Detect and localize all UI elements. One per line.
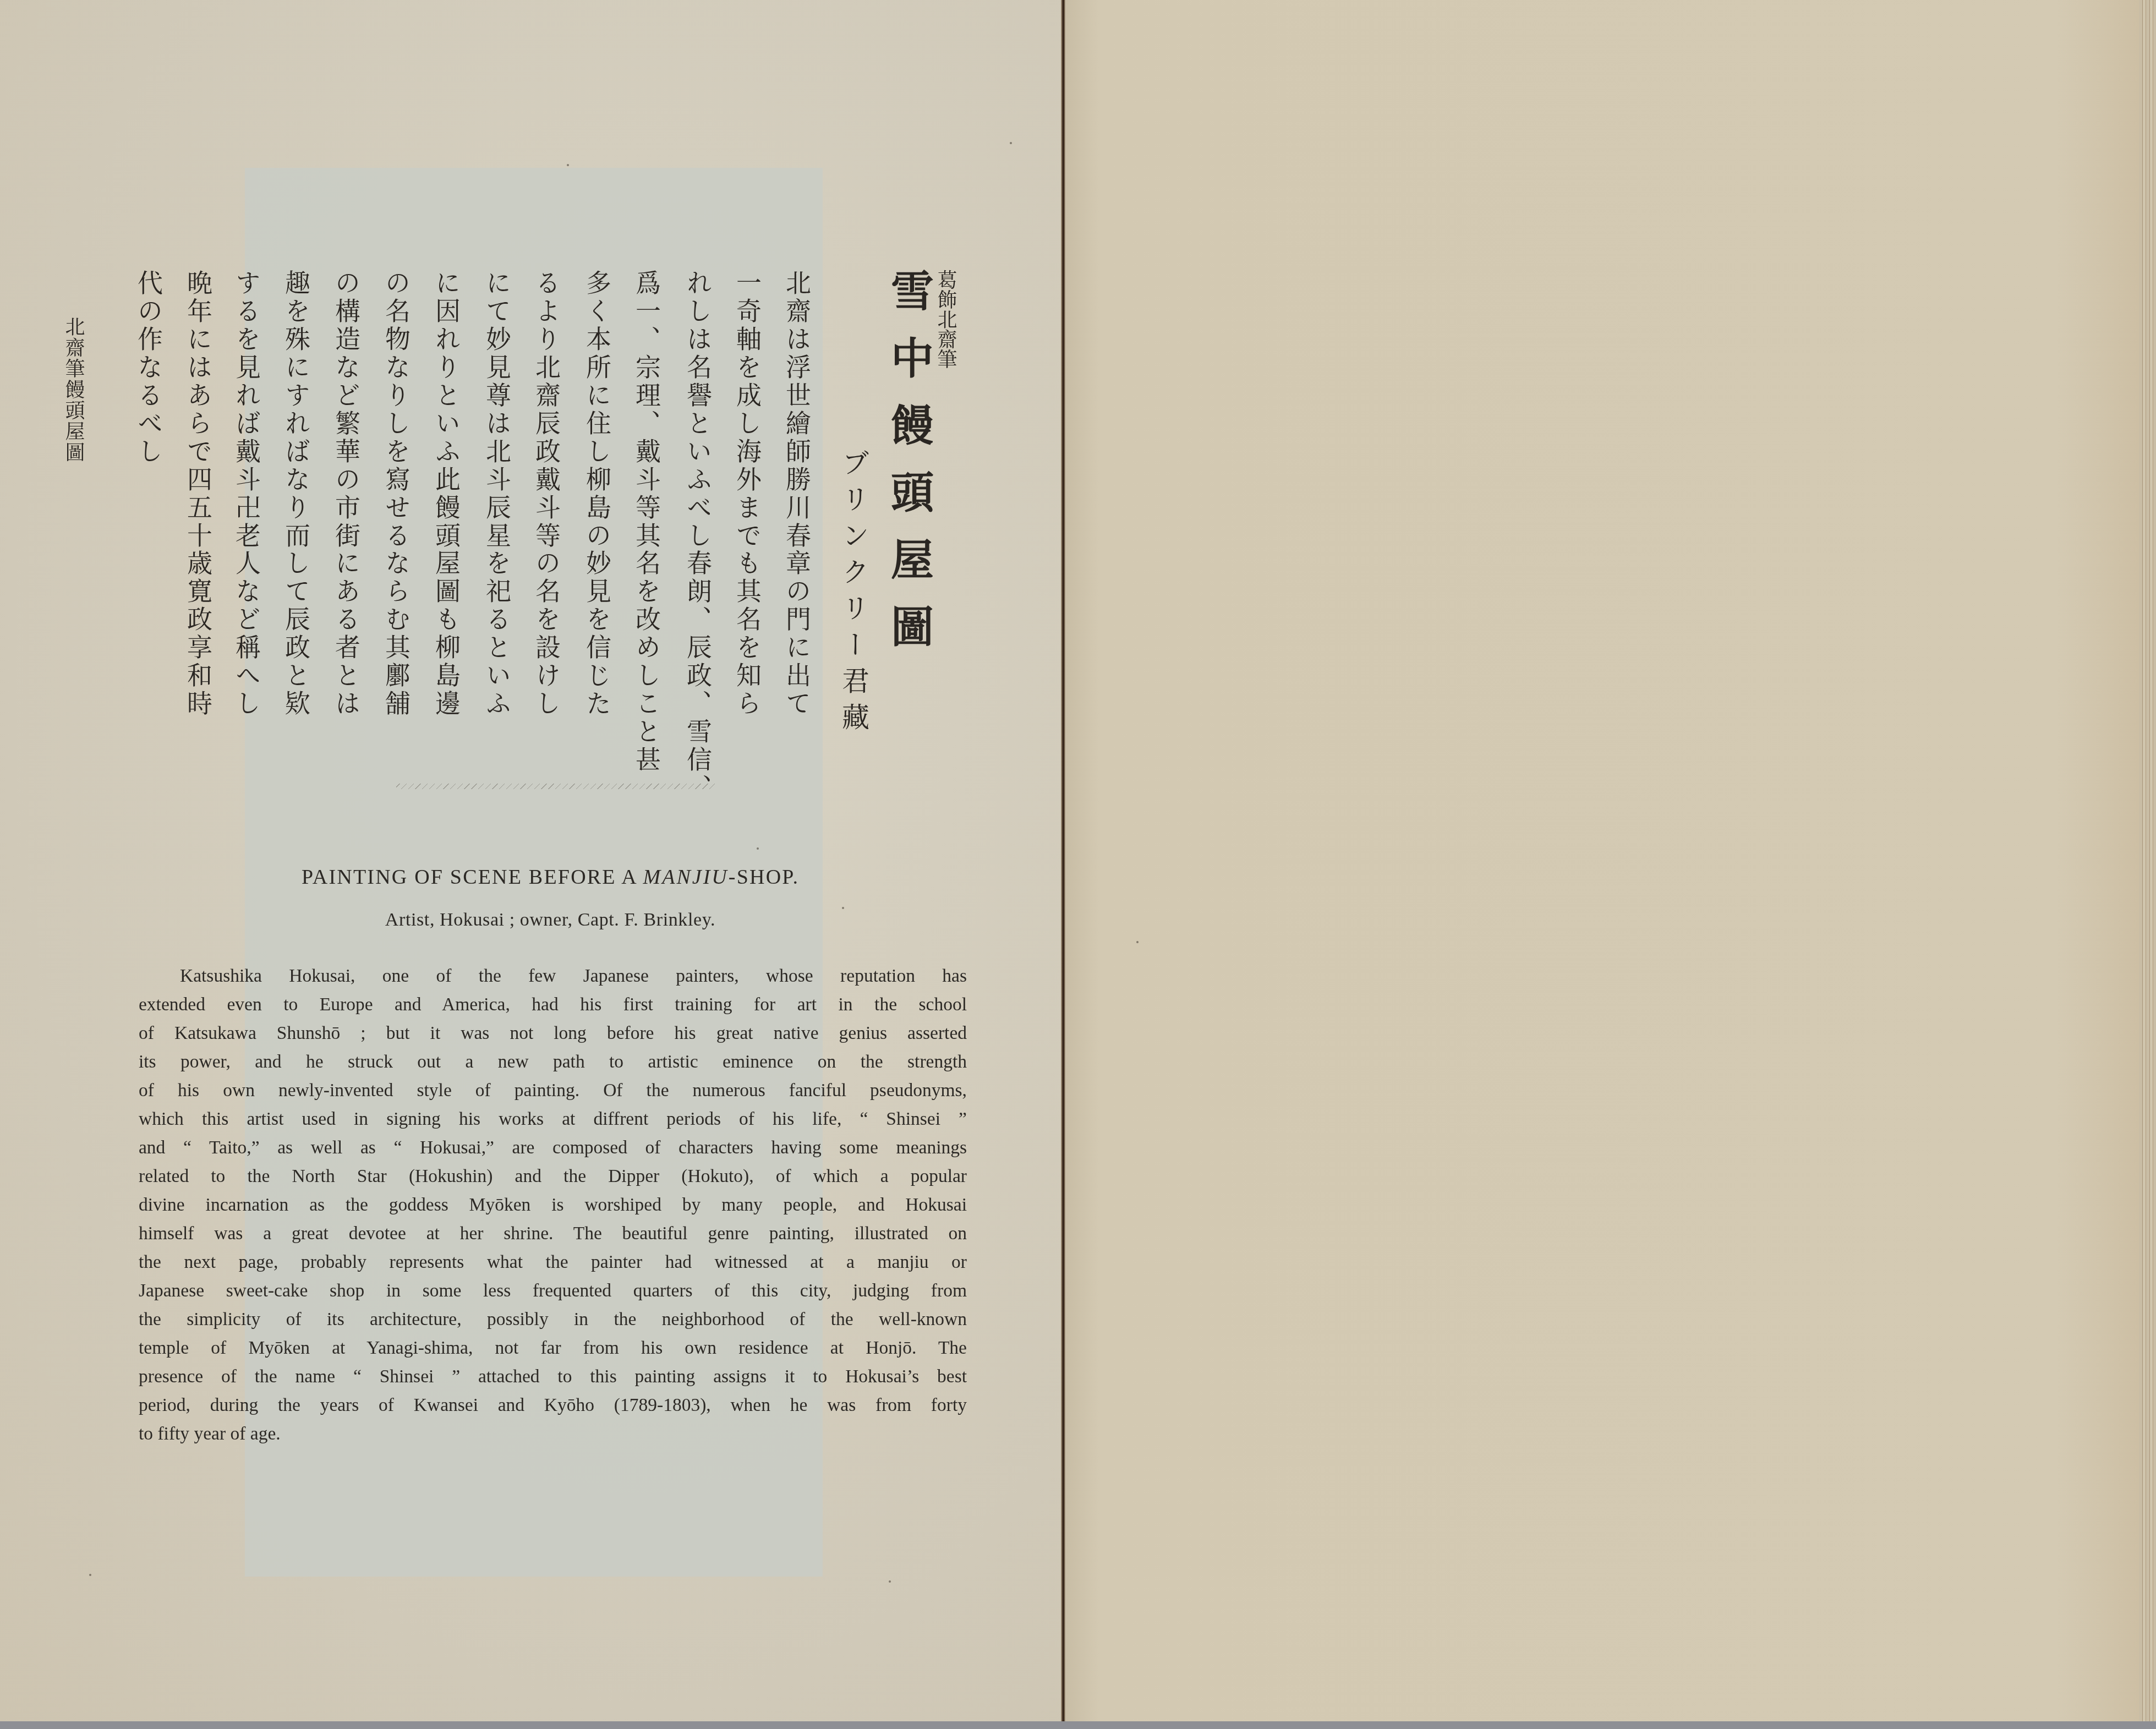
paragraph-line: presence of the name “ Shinsei ” attache…	[139, 1363, 967, 1391]
paper-speck	[1136, 941, 1139, 943]
wavy-divider	[396, 784, 715, 789]
right-page	[1066, 0, 2139, 1721]
paragraph-line: of Katsukawa Shunshō ; but it was not lo…	[139, 1019, 967, 1048]
paragraph-line: himself was a great devotee at her shrin…	[139, 1219, 967, 1248]
japanese-column: るより北齋辰政戴斗等の名を設けし	[534, 270, 559, 718]
japanese-column: 晩年にはあらで四五十歳寛政享和時	[185, 270, 211, 718]
paragraph-line: to fifty year of age.	[139, 1420, 967, 1448]
paragraph-line: the next page, probably represents what …	[139, 1248, 967, 1277]
japanese-column: 趣を殊にすればなり而して辰政と欵	[283, 270, 309, 718]
page-edges	[2139, 0, 2156, 1722]
running-title: 北齋筆饅頭屋圖	[59, 316, 87, 463]
japanese-column: に因れりといふ此饅頭屋圖も柳島邊	[434, 270, 459, 718]
paragraph-line: related to the North Star (Hokushin) and…	[139, 1162, 967, 1191]
paragraph-line: Japanese sweet-cake shop in some less fr…	[139, 1277, 967, 1305]
japanese-column: 爲一、宗理、戴斗等其名を改めしこと甚	[634, 270, 659, 774]
english-byline: Artist, Hokusai ; owner, Capt. F. Brinkl…	[242, 910, 858, 931]
paragraph-line: extended even to Europe and America, had…	[139, 991, 967, 1019]
paper-speck	[89, 1574, 91, 1576]
paragraph-line: and “ Taito,” as well as “ Hokusai,” are…	[139, 1134, 967, 1162]
japanese-title: 雪中饅頭屋圖	[878, 269, 939, 671]
paragraph-line: period, during the years of Kwansei and …	[139, 1391, 967, 1420]
paragraph-line: divine incarnation as the goddess Myōken…	[139, 1191, 967, 1219]
scan-background-strip	[0, 1721, 2156, 1729]
paper-speck	[757, 847, 759, 850]
japanese-column: 一奇軸を成し海外までも其名を知ら	[735, 270, 760, 718]
japanese-column: の名物なりしを寫せるならむ其鄽舗	[384, 270, 409, 718]
paragraph-line: of his own newly-invented style of paint…	[139, 1076, 967, 1105]
japanese-column: するを見れば戴斗卍老人など稱へし	[234, 270, 259, 718]
paper-speck	[889, 1580, 891, 1583]
japanese-column: 北齋は浮世繪師勝川春章の門に出て	[784, 270, 809, 718]
japanese-column: 代の作なるべし	[136, 270, 161, 466]
paper-speck	[567, 164, 569, 166]
japanese-column: 多く本所に住し柳島の妙見を信じた	[584, 270, 610, 718]
english-title: PAINTING OF SCENE BEFORE A MANJIU-SHOP.	[242, 865, 858, 889]
japanese-column: れしは名譽といふべし春朗、辰政、雪信、	[685, 270, 710, 802]
paragraph-line: its power, and he struck out a new path …	[139, 1048, 967, 1076]
book-spine	[1061, 0, 1065, 1722]
japanese-column: の構造など繁華の市街にある者とは	[333, 270, 359, 718]
paragraph-line: temple of Myōken at Yanagi-shima, not fa…	[139, 1334, 967, 1363]
paragraph-line: which this artist used in signing his wo…	[139, 1105, 967, 1134]
japanese-column: にて妙見尊は北斗辰星を祀るといふ	[484, 270, 510, 718]
paragraph-line: the simplicity of its architecture, poss…	[139, 1305, 967, 1334]
english-paragraph: Katsushika Hokusai, one of the few Japan…	[139, 962, 967, 1448]
owner-credit: ブリンクリー君藏	[834, 448, 873, 739]
paper-speck	[1010, 142, 1012, 144]
paragraph-line: Katsushika Hokusai, one of the few Japan…	[139, 962, 967, 991]
paper-speck	[842, 907, 844, 909]
